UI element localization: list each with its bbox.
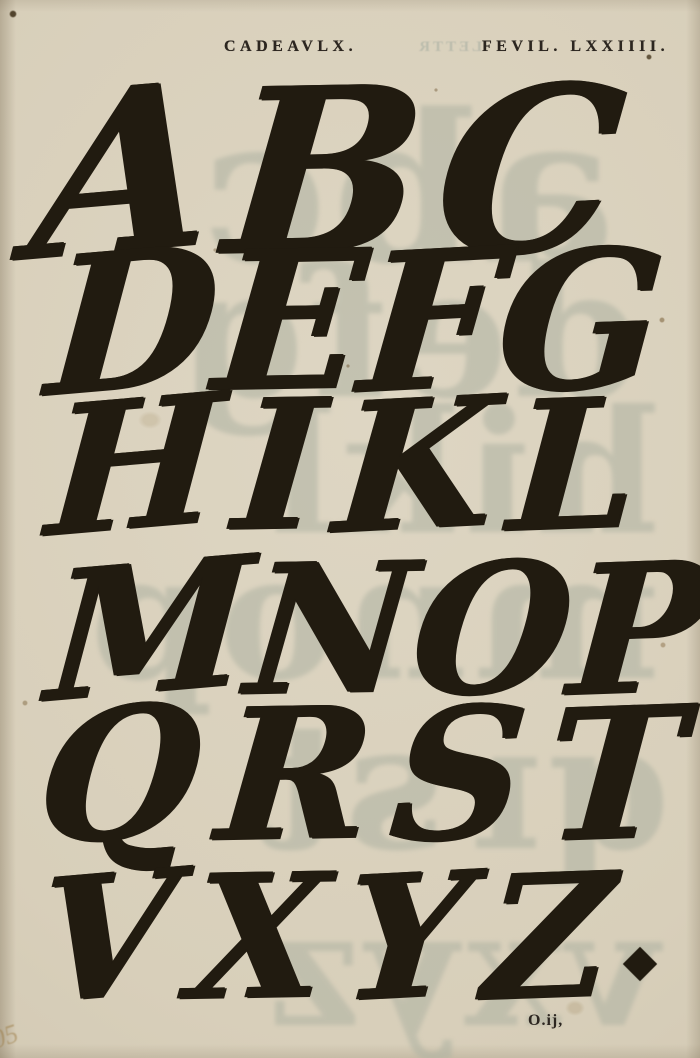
alphabet-row-5: Q R S T — [40, 700, 682, 849]
alphabet-row-3: H I K L — [50, 392, 638, 540]
letter-S: S — [386, 697, 531, 853]
letter-K: K — [331, 388, 501, 544]
letter-Z: Z — [481, 864, 617, 1009]
letter-R: R — [214, 699, 379, 851]
letter-X: X — [186, 865, 332, 1008]
letter-V: V — [34, 860, 179, 1012]
period-mark — [623, 947, 657, 981]
alphabet-row-6: V X Y Z — [40, 866, 612, 1007]
letter-L: L — [506, 390, 643, 542]
book-page-scan: abc defg hikl mnop qrst vxyz LETTR CADEA… — [0, 0, 700, 1058]
letter-Y: Y — [338, 863, 474, 1010]
handwritten-margin-mark: 05 — [0, 1019, 22, 1056]
letter-T: T — [541, 698, 687, 852]
gathering-signature: O.ij, — [528, 1012, 563, 1030]
